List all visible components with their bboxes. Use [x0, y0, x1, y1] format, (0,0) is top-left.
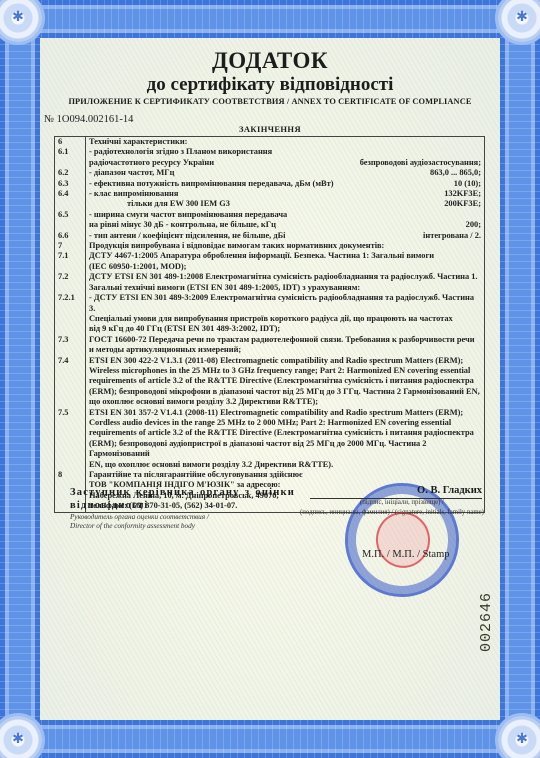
row-text: (IEC 60950-1:2001, MOD); [86, 262, 485, 272]
row-label: - ширина смуги частот випромінювання пер… [89, 210, 287, 219]
stamp-label: М.П. / М.П. / Stamp [362, 549, 450, 560]
row-label: ДСТУ ETSI EN 301 489-1:2008 Електромагні… [89, 272, 478, 281]
left-border [0, 0, 40, 758]
row-label: (ERM); безпроводові аудіопристрої в діап… [89, 439, 427, 458]
signatory-subtitle: Руководитель органа оценки соответствия … [70, 513, 209, 531]
table-row: що охоплює основні вимоги розділу 3.2 Ди… [55, 397, 485, 407]
table-row: 6.4132KF3E;- клас випромінювання [55, 189, 485, 199]
table-row: Cordless audio devices in the range 25 M… [55, 418, 485, 428]
top-border [0, 0, 540, 38]
table-row: (IEC 60950-1:2001, MOD); [55, 262, 485, 272]
row-text: (ERM); безпроводові мікрофони в діапазон… [86, 387, 485, 397]
row-number [55, 314, 86, 324]
row-label: - ДСТУ ETSI EN 301 489-3:2009 Електромаг… [89, 293, 474, 312]
row-text: EN, що охоплює основні вимоги розділу 3.… [86, 460, 485, 470]
row-label: на рівні мінус 30 дБ - контрольна, не бі… [89, 220, 276, 229]
row-value: безпроводові аудіозастосування; [360, 158, 481, 168]
row-label: ETSI EN 301 357-2 V1.4.1 (2008-11) Elect… [89, 408, 463, 417]
table-row: Загальні технічні вимоги (ETSI EN 301 48… [55, 283, 485, 293]
row-label: Гарантійне та післягарантійне обслуговув… [89, 470, 303, 479]
row-value: 132KF3E; [444, 189, 481, 199]
row-label: requirements of article 3.2 of the R&TTE… [89, 428, 474, 437]
table-row: 6.2863,0 ... 865,0;- діапазон частот, МГ… [55, 168, 485, 178]
row-label: що охоплює основні вимоги розділу 3.2 Ди… [89, 397, 318, 406]
row-text: безпроводові аудіозастосування;радіочаст… [86, 158, 485, 168]
document-subtitle: до сертифікату відповідності [40, 74, 500, 96]
row-number [55, 387, 86, 397]
row-label: Cordless audio devices in the range 25 M… [89, 418, 451, 427]
table-row: 6.6інтегрована / 2.- тип антени / коефіц… [55, 231, 485, 241]
row-label: радіочастотного ресурсу України [89, 158, 214, 167]
row-label: ETSI EN 300 422-2 V1.3.1 (2011-08) Elect… [89, 356, 463, 365]
row-number: 6.6 [55, 231, 86, 241]
row-value: 10 (10); [454, 179, 481, 189]
row-text: ГОСТ 16600-72 Передача речи по трактам р… [86, 335, 485, 345]
row-number: 7.2 [55, 272, 86, 282]
row-number: 7 [55, 241, 86, 251]
row-label: ДСТУ 4467-1:2005 Апаратура оброблення ін… [89, 251, 434, 260]
bottom-border [0, 720, 540, 758]
row-text: 200;на рівні мінус 30 дБ - контрольна, н… [86, 220, 485, 230]
row-number [55, 397, 86, 407]
row-label: (IEC 60950-1:2001, MOD); [89, 262, 186, 271]
row-label: (ERM); безпроводові мікрофони в діапазон… [89, 387, 480, 396]
row-text: Спеціальні умови для випробування пристр… [86, 314, 485, 324]
row-number [55, 418, 86, 428]
row-value: 200; [466, 220, 481, 230]
row-text: Технічні характеристики: [86, 137, 485, 148]
table-row: 7.1ДСТУ 4467-1:2005 Апаратура оброблення… [55, 251, 485, 261]
row-text: - радіотехнологія згідно з Планом викори… [86, 147, 485, 157]
row-text: - ширина смуги частот випромінювання пер… [86, 210, 485, 220]
row-text: 200KF3E;тільки для EW 300 IEM G3 [86, 199, 485, 209]
row-number: 7.4 [55, 356, 86, 366]
signatory-subtitle-ru: Руководитель органа оценки соответствия … [70, 513, 209, 522]
row-text: 10 (10);- ефективна потужність випроміню… [86, 179, 485, 189]
table-row: 6.5- ширина смуги частот випромінювання … [55, 210, 485, 220]
row-number [55, 199, 86, 209]
table-row: 7Продукція випробувана і відповідає вимо… [55, 241, 485, 251]
table-row: безпроводові аудіозастосування;радіочаст… [55, 158, 485, 168]
table-row: 8Гарантійне та післягарантійне обслугову… [55, 470, 485, 480]
row-number [55, 366, 86, 376]
row-label: и методы артикуляционных измерений; [89, 345, 241, 354]
row-text: requirements of article 3.2 of the R&TTE… [86, 376, 485, 386]
table-row: requirements of article 3.2 of the R&TTE… [55, 428, 485, 438]
signatory-name: О. В. Гладких [417, 485, 482, 496]
row-number [55, 376, 86, 386]
row-label: Технічні характеристики: [89, 137, 187, 146]
row-number: 7.1 [55, 251, 86, 261]
row-label: Wireless microphones in the 25 MHz to 3 … [89, 366, 470, 375]
row-label: від 9 кГц до 40 ГГц (ETSI EN 301 489-3:2… [89, 324, 280, 333]
row-text: ETSI EN 301 357-2 V1.4.1 (2008-11) Elect… [86, 408, 485, 418]
serial-number: 002646 [478, 592, 495, 652]
row-label: тільки для EW 300 IEM G3 [89, 199, 230, 209]
table-row: Wireless microphones in the 25 MHz to 3 … [55, 366, 485, 376]
row-text: Гарантійне та післягарантійне обслуговув… [86, 470, 485, 480]
table-row: 200;на рівні мінус 30 дБ - контрольна, н… [55, 220, 485, 230]
row-number: 8 [55, 470, 86, 480]
table-row: requirements of article 3.2 of the R&TTE… [55, 376, 485, 386]
table-row: EN, що охоплює основні вимоги розділу 3.… [55, 460, 485, 470]
row-number [55, 324, 86, 334]
row-number [55, 283, 86, 293]
row-number [55, 428, 86, 438]
table-row: 7.4ETSI EN 300 422-2 V1.3.1 (2011-08) El… [55, 356, 485, 366]
table-row: 7.3ГОСТ 16600-72 Передача речи по тракта… [55, 335, 485, 345]
row-label: EN, що охоплює основні вимоги розділу 3.… [89, 460, 333, 469]
rosette-ornament-icon [498, 716, 540, 758]
signatory-title: Заступник керівника органу з оцінки відп… [70, 486, 295, 512]
row-number: 6.3 [55, 179, 86, 189]
row-number [55, 220, 86, 230]
section-label: ЗАКІНЧЕННЯ [40, 124, 500, 134]
right-border [500, 0, 540, 758]
row-text: від 9 кГц до 40 ГГц (ETSI EN 301 489-3:2… [86, 324, 485, 334]
row-number: 7.3 [55, 335, 86, 345]
signatory-subtitle-en: Director of the conformity assessment bo… [70, 522, 209, 531]
row-number [55, 345, 86, 355]
annex-line: ПРИЛОЖЕНИЕ К СЕРТИФИКАТУ СООТВЕТСТВИЯ / … [40, 97, 500, 106]
table-row: 6.1- радіотехнологія згідно з Планом вик… [55, 147, 485, 157]
row-label: - радіотехнологія згідно з Планом викори… [89, 147, 272, 156]
row-text: (ERM); безпроводові аудіопристрої в діап… [86, 439, 485, 460]
row-number: 6.1 [55, 147, 86, 157]
row-text: Загальні технічні вимоги (ETSI EN 301 48… [86, 283, 485, 293]
row-number: 6 [55, 137, 86, 148]
row-value: 863,0 ... 865,0; [430, 168, 481, 178]
table-row: 7.2ДСТУ ETSI EN 301 489-1:2008 Електрома… [55, 272, 485, 282]
table-row: и методы артикуляционных измерений; [55, 345, 485, 355]
row-text: ETSI EN 300 422-2 V1.3.1 (2011-08) Elect… [86, 356, 485, 366]
row-number: 6.5 [55, 210, 86, 220]
row-text: Wireless microphones in the 25 MHz to 3 … [86, 366, 485, 376]
row-number: 6.4 [55, 189, 86, 199]
specifications-table: 6Технічні характеристики:6.1- радіотехно… [54, 136, 485, 513]
row-label: - тип антени / коефіцієнт підсилення, не… [89, 231, 285, 240]
row-text: Продукція випробувана і відповідає вимог… [86, 241, 485, 251]
certificate-paper: ДОДАТОК до сертифікату відповідності ПРИ… [40, 38, 500, 720]
row-label: requirements of article 3.2 of the R&TTE… [89, 376, 474, 385]
row-number: 7.2.1 [55, 293, 86, 314]
table-row: 7.2.1- ДСТУ ETSI EN 301 489-3:2009 Елект… [55, 293, 485, 314]
row-label: - діапазон частот, МГц [89, 168, 174, 177]
row-label: ГОСТ 16600-72 Передача речи по трактам р… [89, 335, 475, 344]
document-title: ДОДАТОК [40, 48, 500, 74]
row-label: Спеціальні умови для випробування пристр… [89, 314, 453, 323]
row-label: - ефективна потужність випромінювання пе… [89, 179, 334, 188]
row-text: requirements of article 3.2 of the R&TTE… [86, 428, 485, 438]
row-text: інтегрована / 2.- тип антени / коефіцієн… [86, 231, 485, 241]
row-text: ДСТУ ETSI EN 301 489-1:2008 Електромагні… [86, 272, 485, 282]
row-text: 132KF3E;- клас випромінювання [86, 189, 485, 199]
row-text: - ДСТУ ETSI EN 301 489-3:2009 Електромаг… [86, 293, 485, 314]
row-label: Загальні технічні вимоги (ETSI EN 301 48… [89, 283, 360, 292]
row-text: ДСТУ 4467-1:2005 Апаратура оброблення ін… [86, 251, 485, 261]
row-number: 6.2 [55, 168, 86, 178]
signature-caption-ru-en: (подпись, инициалы, фамилия) / (signatur… [300, 509, 484, 516]
row-number [55, 439, 86, 460]
row-number: 7.5 [55, 408, 86, 418]
row-text: 863,0 ... 865,0;- діапазон частот, МГц [86, 168, 485, 178]
row-value: 200KF3E; [444, 199, 481, 209]
signature-caption-ua: (підпис, ініціали, прізвище) / [360, 499, 444, 506]
row-label: - клас випромінювання [89, 189, 178, 198]
row-text: и методы артикуляционных измерений; [86, 345, 485, 355]
row-text: Cordless audio devices in the range 25 M… [86, 418, 485, 428]
row-number [55, 262, 86, 272]
table-row: Спеціальні умови для випробування пристр… [55, 314, 485, 324]
row-text: що охоплює основні вимоги розділу 3.2 Ди… [86, 397, 485, 407]
row-label: Продукція випробувана і відповідає вимог… [89, 241, 384, 250]
row-number [55, 158, 86, 168]
table-row: (ERM); безпроводові аудіопристрої в діап… [55, 439, 485, 460]
row-number [55, 460, 86, 470]
table-row: 6Технічні характеристики: [55, 137, 485, 148]
table-row: 6.310 (10);- ефективна потужність випром… [55, 179, 485, 189]
table-row: від 9 кГц до 40 ГГц (ETSI EN 301 489-3:2… [55, 324, 485, 334]
row-value: інтегрована / 2. [423, 231, 481, 241]
red-seal-icon [372, 508, 433, 571]
table-row: (ERM); безпроводові мікрофони в діапазон… [55, 387, 485, 397]
table-row: 200KF3E;тільки для EW 300 IEM G3 [55, 199, 485, 209]
table-row: 7.5ETSI EN 301 357-2 V1.4.1 (2008-11) El… [55, 408, 485, 418]
